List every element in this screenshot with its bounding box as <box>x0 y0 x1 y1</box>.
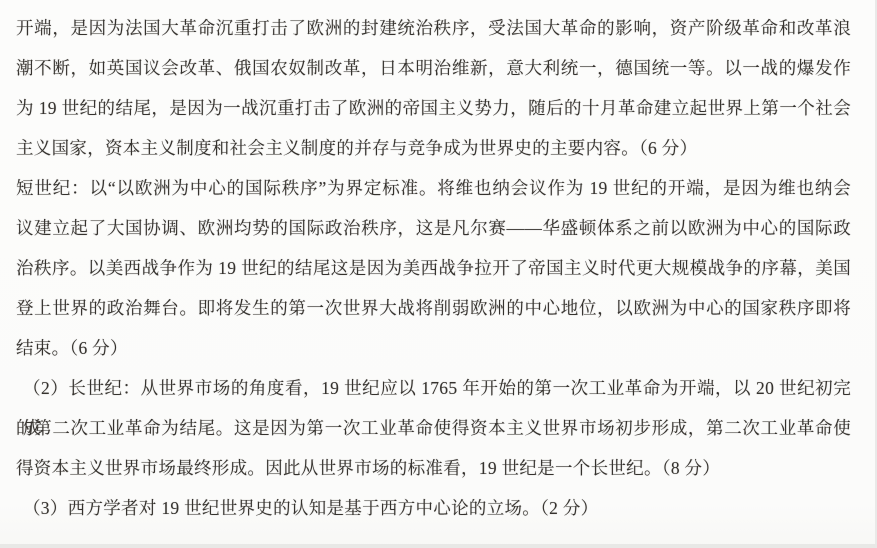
document-text-block: 开端，是因为法国大革命沉重打击了欧洲的封建统治秩序，受法国大革命的影响，资产阶级… <box>0 0 877 528</box>
page-bottom-edge <box>0 544 877 548</box>
text-line: 登上世界的政治舞台。即将发生的第一次世界大战将削弱欧洲的中心地位，以欧洲为中心的… <box>16 288 851 328</box>
text-line: 的第二次工业革命为结尾。这是因为第一次工业革命使得资本主义世界市场初步形成，第二… <box>16 408 851 448</box>
text-line: 潮不断，如英国议会改革、俄国农奴制改革，日本明治维新，意大利统一，德国统一等。以… <box>16 48 851 88</box>
text-line: 得资本主义世界市场最终形成。因此从世界市场的标准看，19 世纪是一个长世纪。（8… <box>16 448 851 488</box>
text-line: 主义国家，资本主义制度和社会主义制度的并存与竞争成为世界史的主要内容。（6 分） <box>16 128 851 168</box>
text-line: 短世纪：以“以欧洲为中心的国际秩序”为界定标准。将维也纳会议作为 19 世纪的开… <box>16 168 851 208</box>
text-line: 治秩序。以美西战争作为 19 世纪的结尾这是因为美西战争拉开了帝国主义时代更大规… <box>16 248 851 288</box>
document-page: 开端，是因为法国大革命沉重打击了欧洲的封建统治秩序，受法国大革命的影响，资产阶级… <box>0 0 877 548</box>
text-line: 结束。（6 分） <box>16 328 851 368</box>
text-line: 为 19 世纪的结尾，是因为一战沉重打击了欧洲的帝国主义势力，随后的十月革命建立… <box>16 88 851 128</box>
text-line: 开端，是因为法国大革命沉重打击了欧洲的封建统治秩序，受法国大革命的影响，资产阶级… <box>16 8 851 48</box>
text-line: 议建立起了大国协调、欧洲均势的国际政治秩序，这是凡尔赛——华盛顿体系之前以欧洲为… <box>16 208 851 248</box>
text-line: （2）长世纪：从世界市场的角度看，19 世纪应以 1765 年开始的第一次工业革… <box>16 368 851 408</box>
text-line: （3）西方学者对 19 世纪世界史的认知是基于西方中心论的立场。（2 分） <box>16 488 851 528</box>
